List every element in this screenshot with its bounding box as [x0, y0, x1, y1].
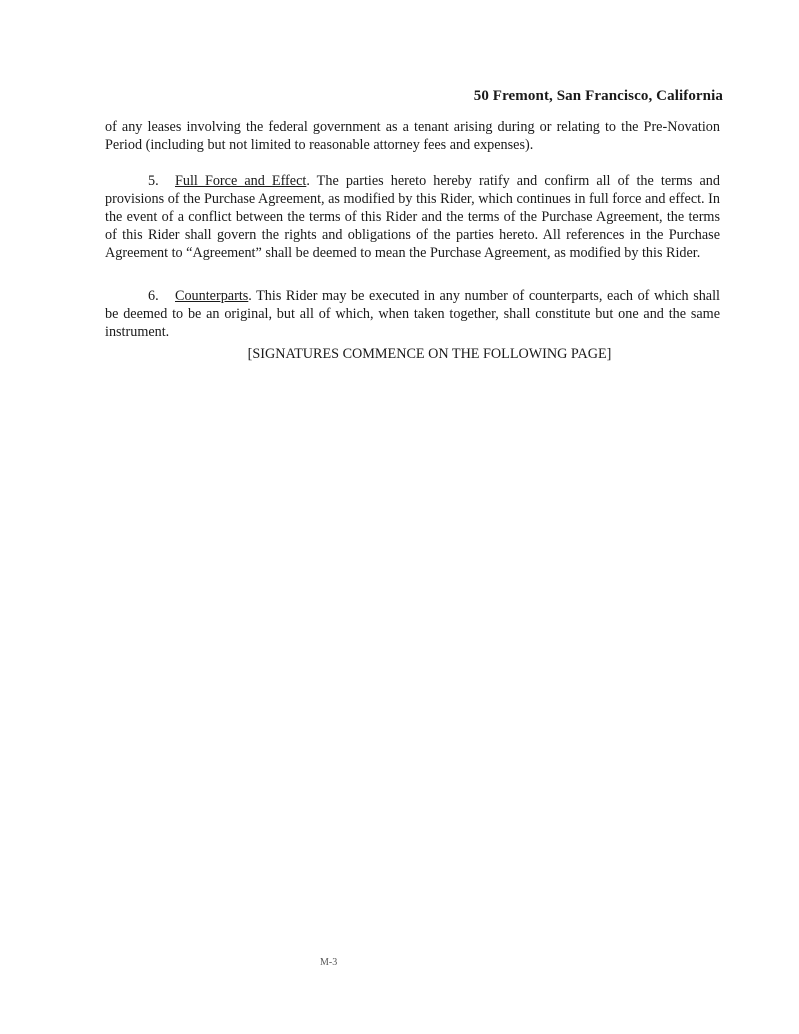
section-5-number: 5. — [148, 172, 175, 190]
section-6-number: 6. — [148, 287, 175, 305]
page-number: M-3 — [320, 957, 337, 968]
section-5-heading: Full Force and Effect — [175, 173, 306, 189]
document-header: 50 Fremont, San Francisco, California — [474, 88, 723, 105]
section-6-paragraph: 6.Counterparts. This Rider may be execut… — [105, 287, 720, 341]
continuation-paragraph: of any leases involving the federal gove… — [105, 118, 720, 154]
signature-note-text: [SIGNATURES COMMENCE ON THE FOLLOWING PA… — [248, 346, 612, 362]
signature-note: [SIGNATURES COMMENCE ON THE FOLLOWING PA… — [0, 346, 799, 363]
section-6-heading: Counterparts — [175, 288, 248, 304]
section-5-paragraph: 5.Full Force and Effect. The parties her… — [105, 172, 720, 262]
